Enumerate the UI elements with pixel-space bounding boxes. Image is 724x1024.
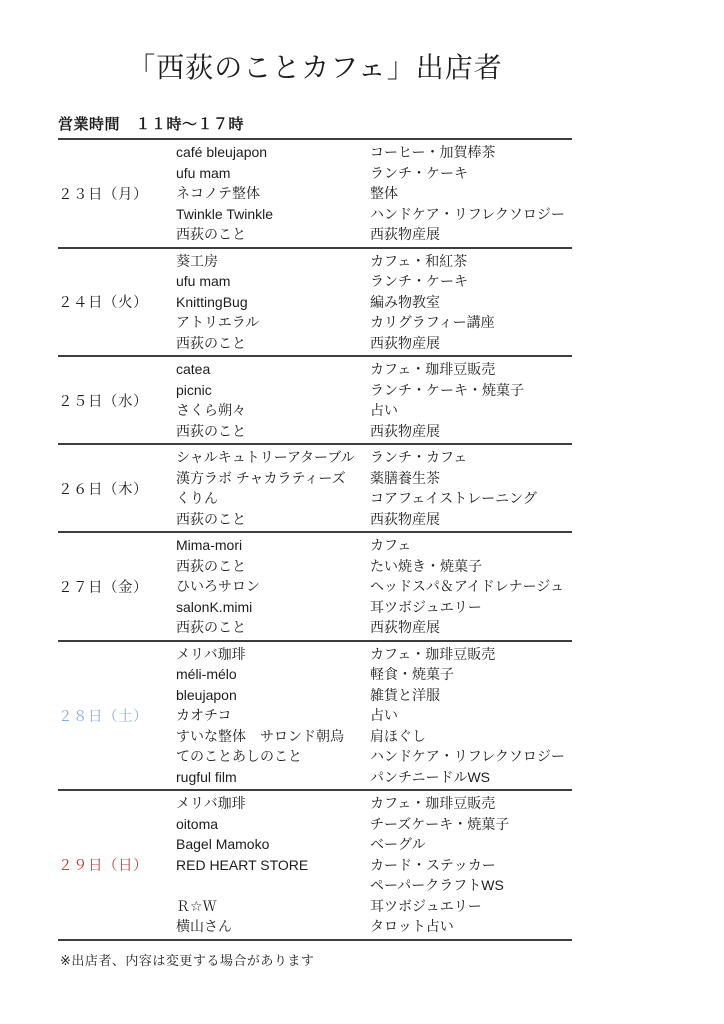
date-column: ２５日（水） <box>58 359 176 441</box>
offering-description: 西荻物産展 <box>370 509 572 530</box>
offering-description: 肩ほぐし <box>370 726 572 747</box>
day-section: ２９日（日）メリバ珈琲カフェ・珈琲豆販売oitomaチーズケーキ・焼菓子Bage… <box>58 789 572 939</box>
day-section: ２７日（金）Mima-moriカフェ西荻のことたい焼き・焼菓子ひいろサロンヘッド… <box>58 531 572 640</box>
vendor-rows: メリバ珈琲カフェ・珈琲豆販売oitomaチーズケーキ・焼菓子Bagel Mamo… <box>176 793 572 937</box>
vendor-name: アトリエラル <box>176 312 370 333</box>
vendor-name: Mima-mori <box>176 535 370 556</box>
offering-description: 西荻物産展 <box>370 617 572 638</box>
vendor-name: 西荻のこと <box>176 617 370 638</box>
day-section: ２４日（火）葵工房カフェ・和紅茶ufu mamランチ・ケーキKnittingBu… <box>58 247 572 356</box>
offering-description: タロット占い <box>370 916 572 937</box>
vendor-name: KnittingBug <box>176 292 370 313</box>
vendor-rows: メリバ珈琲カフェ・珈琲豆販売méli-mélo軽食・焼菓子bleujapon雑貨… <box>176 644 572 788</box>
vendor-rows: 葵工房カフェ・和紅茶ufu mamランチ・ケーキKnittingBug編み物教室… <box>176 251 572 354</box>
offering-description: カフェ <box>370 535 572 556</box>
offering-description: 耳ツボジュエリー <box>370 896 572 917</box>
offering-description: コアフェイストレーニング <box>370 488 572 509</box>
vendor-name: メリバ珈琲 <box>176 644 370 665</box>
vendor-row: bleujapon雑貨と洋服 <box>176 685 572 706</box>
vendor-name: 西荻のこと <box>176 333 370 354</box>
date-label: ２９日（日） <box>58 854 148 875</box>
offering-description: ハンドケア・リフレクソロジー <box>370 204 572 225</box>
vendor-name: くりん <box>176 488 370 509</box>
offering-description: 雑貨と洋服 <box>370 685 572 706</box>
vendor-row: 葵工房カフェ・和紅茶 <box>176 251 572 272</box>
vendor-row: 漢方ラボ チャカラティーズ薬膳養生茶 <box>176 468 572 489</box>
vendor-row: アトリエラルカリグラフィー講座 <box>176 312 572 333</box>
vendor-name: catea <box>176 359 370 380</box>
vendor-row: ufu mamランチ・ケーキ <box>176 163 572 184</box>
offering-description: カリグラフィー講座 <box>370 312 572 333</box>
vendor-row: カオチコ占い <box>176 705 572 726</box>
vendor-row: 西荻のこと西荻物産展 <box>176 617 572 638</box>
vendor-row: さくら朔々占い <box>176 400 572 421</box>
vendor-row: ペーパークラフトWS <box>176 875 572 896</box>
offering-description: ベーグル <box>370 834 572 855</box>
vendor-name: すいな整体 サロンド朝烏 <box>176 726 370 747</box>
business-hours-label: 営業時間 １１時～１７時 <box>58 113 572 138</box>
vendor-name: ひいろサロン <box>176 576 370 597</box>
offering-description: カフェ・珈琲豆販売 <box>370 359 572 380</box>
vendor-name: bleujapon <box>176 685 370 706</box>
vendor-rows: cateaカフェ・珈琲豆販売picnicランチ・ケーキ・焼菓子さくら朔々占い西荻… <box>176 359 572 441</box>
vendor-row: すいな整体 サロンド朝烏肩ほぐし <box>176 726 572 747</box>
date-column: ２７日（金） <box>58 535 176 638</box>
offering-description: ペーパークラフトWS <box>370 875 572 896</box>
vendor-name: salonK.mimi <box>176 597 370 618</box>
vendor-name: ufu mam <box>176 163 370 184</box>
offering-description: 西荻物産展 <box>370 421 572 442</box>
vendor-row: シャルキュトリーアターブルランチ・カフェ <box>176 447 572 468</box>
day-section: ２６日（木）シャルキュトリーアターブルランチ・カフェ漢方ラボ チャカラティーズ薬… <box>58 443 572 531</box>
vendor-row: picnicランチ・ケーキ・焼菓子 <box>176 380 572 401</box>
offering-description: 占い <box>370 705 572 726</box>
date-label: ２５日（水） <box>58 390 148 411</box>
vendor-rows: café bleujaponコーヒー・加賀棒茶ufu mamランチ・ケーキネコノ… <box>176 142 572 245</box>
vendor-rows: Mima-moriカフェ西荻のことたい焼き・焼菓子ひいろサロンヘッドスパ＆アイド… <box>176 535 572 638</box>
offering-description: 西荻物産展 <box>370 224 572 245</box>
content-area: 「西荻のことカフェ」出店者 営業時間 １１時～１７時 ２３日（月）café bl… <box>58 46 572 969</box>
vendor-row: 西荻のこと西荻物産展 <box>176 333 572 354</box>
vendor-row: ひいろサロンヘッドスパ＆アイドレナージュ <box>176 576 572 597</box>
offering-description: 薬膳養生茶 <box>370 468 572 489</box>
vendor-row: くりんコアフェイストレーニング <box>176 488 572 509</box>
vendor-name: 西荻のこと <box>176 224 370 245</box>
vendor-row: ネコノテ整体整体 <box>176 183 572 204</box>
vendor-name: 西荻のこと <box>176 509 370 530</box>
vendor-row: oitomaチーズケーキ・焼菓子 <box>176 814 572 835</box>
vendor-rows: シャルキュトリーアターブルランチ・カフェ漢方ラボ チャカラティーズ薬膳養生茶くり… <box>176 447 572 529</box>
offering-description: ヘッドスパ＆アイドレナージュ <box>370 576 572 597</box>
vendor-row: メリバ珈琲カフェ・珈琲豆販売 <box>176 644 572 665</box>
vendor-name: RED HEART STORE <box>176 855 370 876</box>
offering-description: 編み物教室 <box>370 292 572 313</box>
vendor-name: シャルキュトリーアターブル <box>176 447 370 468</box>
offering-description: ハンドケア・リフレクソロジー <box>370 746 572 767</box>
vendor-row: 横山さんタロット占い <box>176 916 572 937</box>
offering-description: 占い <box>370 400 572 421</box>
vendor-name <box>176 875 370 896</box>
vendor-row: rugful filmパンチニードルWS <box>176 767 572 788</box>
offering-description: ランチ・ケーキ・焼菓子 <box>370 380 572 401</box>
vendor-name: ufu mam <box>176 271 370 292</box>
vendor-row: KnittingBug編み物教室 <box>176 292 572 313</box>
offering-description: ランチ・ケーキ <box>370 163 572 184</box>
vendor-row: RED HEART STOREカード・ステッカー <box>176 855 572 876</box>
vendor-row: 西荻のこと西荻物産展 <box>176 421 572 442</box>
day-section: ２８日（土）メリバ珈琲カフェ・珈琲豆販売méli-mélo軽食・焼菓子bleuj… <box>58 640 572 790</box>
offering-description: カード・ステッカー <box>370 855 572 876</box>
footnote: ※出店者、内容は変更する場合があります <box>60 950 572 969</box>
date-column: ２９日（日） <box>58 793 176 937</box>
vendor-row: café bleujaponコーヒー・加賀棒茶 <box>176 142 572 163</box>
page-title: 「西荻のことカフェ」出店者 <box>58 46 572 86</box>
date-column: ２４日（火） <box>58 251 176 354</box>
date-label: ２３日（月） <box>58 183 148 204</box>
vendor-row: cateaカフェ・珈琲豆販売 <box>176 359 572 380</box>
date-column: ２３日（月） <box>58 142 176 245</box>
date-label: ２８日（土） <box>58 705 148 726</box>
vendor-name: メリバ珈琲 <box>176 793 370 814</box>
offering-description: パンチニードルWS <box>370 767 572 788</box>
vendor-name: カオチコ <box>176 705 370 726</box>
vendor-name: méli-mélo <box>176 664 370 685</box>
vendor-row: 西荻のこと西荻物産展 <box>176 509 572 530</box>
offering-description: 軽食・焼菓子 <box>370 664 572 685</box>
vendor-row: ufu mamランチ・ケーキ <box>176 271 572 292</box>
vendor-name: café bleujapon <box>176 142 370 163</box>
offering-description: コーヒー・加賀棒茶 <box>370 142 572 163</box>
day-section: ２３日（月）café bleujaponコーヒー・加賀棒茶ufu mamランチ・… <box>58 138 572 247</box>
vendor-row: Mima-moriカフェ <box>176 535 572 556</box>
vendor-name: 横山さん <box>176 916 370 937</box>
vendor-row: méli-mélo軽食・焼菓子 <box>176 664 572 685</box>
offering-description: チーズケーキ・焼菓子 <box>370 814 572 835</box>
vendor-name: ネコノテ整体 <box>176 183 370 204</box>
vendor-name: てのことあしのこと <box>176 746 370 767</box>
offering-description: 耳ツボジュエリー <box>370 597 572 618</box>
vendor-row: 西荻のことたい焼き・焼菓子 <box>176 556 572 577</box>
offering-description: カフェ・珈琲豆販売 <box>370 644 572 665</box>
offering-description: カフェ・和紅茶 <box>370 251 572 272</box>
vendor-row: メリバ珈琲カフェ・珈琲豆販売 <box>176 793 572 814</box>
vendor-name: Twinkle Twinkle <box>176 204 370 225</box>
vendor-row: てのことあしのことハンドケア・リフレクソロジー <box>176 746 572 767</box>
offering-description: カフェ・珈琲豆販売 <box>370 793 572 814</box>
vendor-name: oitoma <box>176 814 370 835</box>
offering-description: ランチ・ケーキ <box>370 271 572 292</box>
vendor-row: salonK.mimi耳ツボジュエリー <box>176 597 572 618</box>
date-label: ２６日（木） <box>58 478 148 499</box>
vendor-name: 西荻のこと <box>176 421 370 442</box>
schedule-table: ２３日（月）café bleujaponコーヒー・加賀棒茶ufu mamランチ・… <box>58 138 572 941</box>
date-label: ２４日（火） <box>58 291 148 312</box>
vendor-name: rugful film <box>176 767 370 788</box>
vendor-name: picnic <box>176 380 370 401</box>
offering-description: たい焼き・焼菓子 <box>370 556 572 577</box>
day-section: ２５日（水）cateaカフェ・珈琲豆販売picnicランチ・ケーキ・焼菓子さくら… <box>58 355 572 443</box>
vendor-name: 漢方ラボ チャカラティーズ <box>176 468 370 489</box>
offering-description: 整体 <box>370 183 572 204</box>
vendor-name: 西荻のこと <box>176 556 370 577</box>
offering-description: ランチ・カフェ <box>370 447 572 468</box>
offering-description: 西荻物産展 <box>370 333 572 354</box>
vendor-name: 葵工房 <box>176 251 370 272</box>
vendor-row: 西荻のこと西荻物産展 <box>176 224 572 245</box>
date-column: ２６日（木） <box>58 447 176 529</box>
document-page: 「西荻のことカフェ」出店者 営業時間 １１時～１７時 ２３日（月）café bl… <box>0 0 724 1024</box>
vendor-name: Ｒ☆Ｗ <box>176 896 370 917</box>
vendor-row: Ｒ☆Ｗ耳ツボジュエリー <box>176 896 572 917</box>
vendor-row: Twinkle Twinkleハンドケア・リフレクソロジー <box>176 204 572 225</box>
date-label: ２７日（金） <box>58 576 148 597</box>
vendor-row: Bagel Mamokoベーグル <box>176 834 572 855</box>
vendor-name: さくら朔々 <box>176 400 370 421</box>
date-column: ２８日（土） <box>58 644 176 788</box>
vendor-name: Bagel Mamoko <box>176 834 370 855</box>
